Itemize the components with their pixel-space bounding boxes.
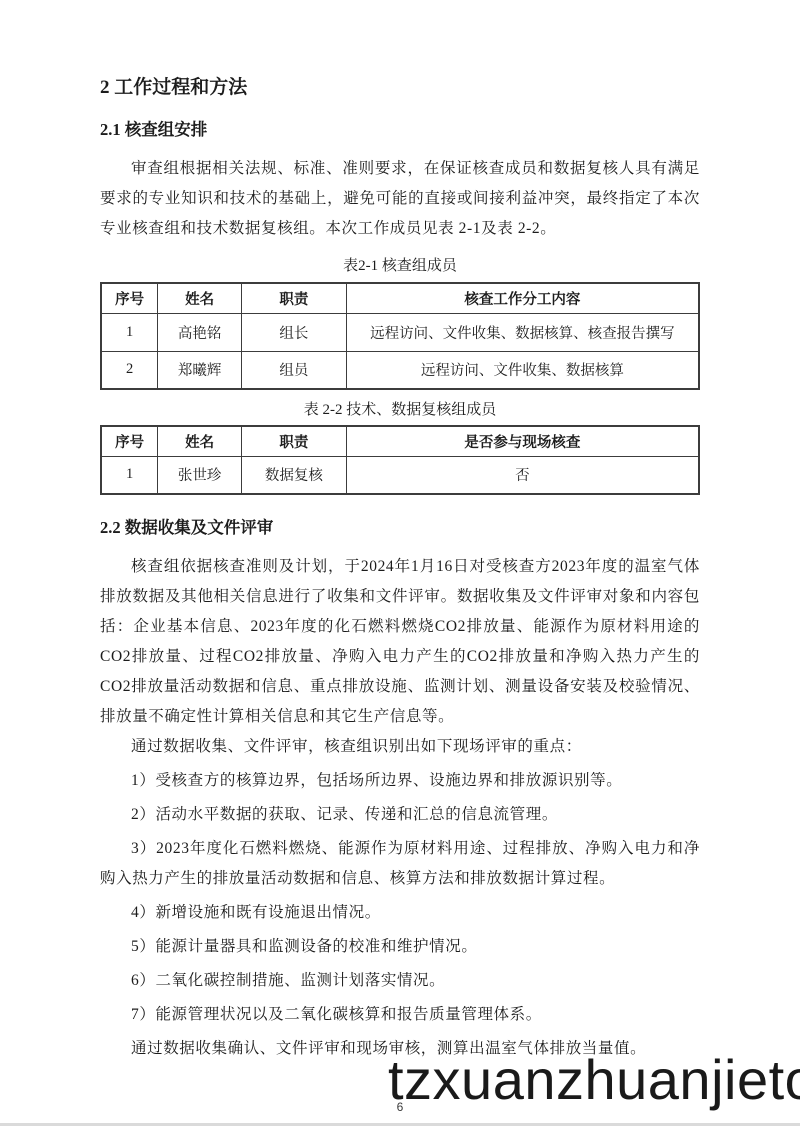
table-2-2-header-role: 职责 <box>242 426 347 456</box>
section-2-1-heading: 2.1 核查组安排 <box>100 119 700 141</box>
focus-item-4: 4）新增设施和既有设施退出情况。 <box>100 898 700 928</box>
cell-index: 2 <box>101 351 158 389</box>
focus-item-7: 7）能源管理状况以及二氧化碳核算和报告质量管理体系。 <box>100 1000 700 1030</box>
focus-item-1: 1）受核查方的核算边界，包括场所边界、设施边界和排放源识别等。 <box>100 766 700 796</box>
table-row: 2 郑曦辉 组员 远程访问、文件收集、数据核算 <box>101 351 699 389</box>
focus-item-5: 5）能源计量器具和监测设备的校准和维护情况。 <box>100 932 700 962</box>
cell-name: 郑曦辉 <box>158 351 242 389</box>
table-row: 1 张世珍 数据复核 否 <box>101 456 699 494</box>
table-2-1: 序号 姓名 职责 核查工作分工内容 1 高艳铭 组长 远程访问、文件收集、数据核… <box>100 282 700 390</box>
focus-item-2: 2）活动水平数据的获取、记录、传递和汇总的信息流管理。 <box>100 800 700 830</box>
document-content: 2 工作过程和方法 2.1 核查组安排 审查组根据相关法规、标准、准则要求，在保… <box>100 0 700 1064</box>
table-2-1-header-row: 序号 姓名 职责 核查工作分工内容 <box>101 283 699 313</box>
page-bottom-edge <box>0 1123 800 1126</box>
cell-name: 张世珍 <box>158 456 242 494</box>
cell-duty: 远程访问、文件收集、数据核算 <box>346 351 699 389</box>
cell-role: 组员 <box>242 351 347 389</box>
chapter-heading: 2 工作过程和方法 <box>100 76 700 100</box>
table-2-1-header-index: 序号 <box>101 283 158 313</box>
table-row: 1 高艳铭 组长 远程访问、文件收集、数据核算、核查报告撰写 <box>101 313 699 351</box>
section-2-2-paragraph-1: 核查组依据核查准则及计划，于2024年1月16日对受核查方2023年度的温室气体… <box>100 552 700 732</box>
cell-role: 数据复核 <box>242 456 347 494</box>
table-2-2-header-onsite: 是否参与现场核查 <box>346 426 699 456</box>
table-2-2-caption: 表 2-2 技术、数据复核组成员 <box>100 400 700 421</box>
document-page: 2 工作过程和方法 2.1 核查组安排 审查组根据相关法规、标准、准则要求，在保… <box>0 0 800 1130</box>
table-2-2-header-row: 序号 姓名 职责 是否参与现场核查 <box>101 426 699 456</box>
cell-duty: 远程访问、文件收集、数据核算、核查报告撰写 <box>346 313 699 351</box>
table-2-1-header-duty: 核查工作分工内容 <box>346 283 699 313</box>
section-2-2-heading: 2.2 数据收集及文件评审 <box>100 517 700 539</box>
cell-index: 1 <box>101 456 158 494</box>
table-2-2: 序号 姓名 职责 是否参与现场核查 1 张世珍 数据复核 否 <box>100 425 700 495</box>
watermark-text: tzxuanzhuanjietou <box>388 1050 800 1110</box>
section-2-1-paragraph: 审查组根据相关法规、标准、准则要求，在保证核查成员和数据复核人具有满足要求的专业… <box>100 154 700 244</box>
cell-role: 组长 <box>242 313 347 351</box>
cell-onsite: 否 <box>346 456 699 494</box>
table-2-1-header-name: 姓名 <box>158 283 242 313</box>
cell-name: 高艳铭 <box>158 313 242 351</box>
cell-index: 1 <box>101 313 158 351</box>
focus-item-3: 3）2023年度化石燃料燃烧、能源作为原材料用途、过程排放、净购入电力和净购入热… <box>100 834 700 894</box>
table-2-1-caption: 表2-1 核查组成员 <box>100 256 700 277</box>
section-2-2-paragraph-2: 通过数据收集、文件评审，核查组识别出如下现场评审的重点： <box>100 732 700 762</box>
table-2-2-header-index: 序号 <box>101 426 158 456</box>
table-2-2-header-name: 姓名 <box>158 426 242 456</box>
focus-item-6: 6）二氧化碳控制措施、监测计划落实情况。 <box>100 966 700 996</box>
table-2-1-header-role: 职责 <box>242 283 347 313</box>
